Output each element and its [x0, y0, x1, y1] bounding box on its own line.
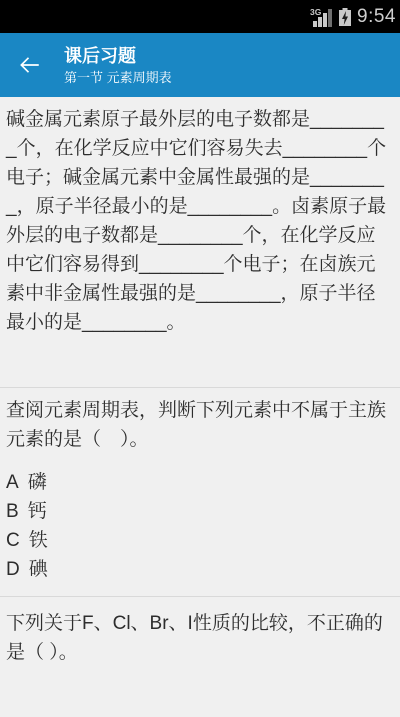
- question-1-text: 碱金属元素原子最外层的电子数都是________个，在化学反应中它们容易失去__…: [6, 105, 394, 337]
- screen: 3G 9:54 课后习题 第一节 元素周期表 碱金属元素原子最外层的电子数都是_…: [0, 0, 400, 717]
- option-a[interactable]: A 磷: [6, 468, 394, 497]
- option-text: 磷: [28, 468, 47, 497]
- page-title: 课后习题: [64, 44, 172, 68]
- option-letter: C: [6, 526, 20, 555]
- page-subtitle: 第一节 元素周期表: [64, 69, 172, 86]
- options-list: A 磷 B 钙 C 铁 D 碘: [6, 468, 394, 584]
- signal-strength-icon: 3G: [310, 7, 334, 27]
- question-item-2[interactable]: 查阅元素周期表，判断下列元素中不属于主族元素的是（ ）。 A 磷 B 钙 C 铁…: [0, 388, 400, 597]
- option-c[interactable]: C 铁: [6, 526, 394, 555]
- question-item-1[interactable]: 碱金属元素原子最外层的电子数都是________个，在化学反应中它们容易失去__…: [0, 97, 400, 388]
- option-text: 铁: [29, 526, 48, 555]
- battery-charging-icon: [338, 7, 352, 27]
- question-list: 碱金属元素原子最外层的电子数都是________个，在化学反应中它们容易失去__…: [0, 97, 400, 717]
- arrow-left-icon: [16, 52, 42, 78]
- option-text: 钙: [28, 497, 47, 526]
- clock: 9:54: [357, 0, 396, 33]
- option-b[interactable]: B 钙: [6, 497, 394, 526]
- option-d[interactable]: D 碘: [6, 555, 394, 584]
- option-text: 碘: [29, 555, 48, 584]
- option-letter: B: [6, 497, 19, 526]
- status-bar: 3G 9:54: [0, 0, 400, 33]
- app-bar-titles: 课后习题 第一节 元素周期表: [64, 44, 172, 86]
- question-2-text: 查阅元素周期表，判断下列元素中不属于主族元素的是（ ）。: [6, 396, 394, 454]
- option-letter: A: [6, 468, 19, 497]
- question-3-text: 下列关于F、Cl、Br、I性质的比较，不正确的是（ ）。: [6, 609, 394, 667]
- option-letter: D: [6, 555, 20, 584]
- app-bar: 课后习题 第一节 元素周期表: [0, 33, 400, 97]
- question-item-3[interactable]: 下列关于F、Cl、Br、I性质的比较，不正确的是（ ）。: [0, 597, 400, 679]
- back-button[interactable]: [0, 33, 58, 97]
- network-type-label: 3G: [310, 7, 322, 17]
